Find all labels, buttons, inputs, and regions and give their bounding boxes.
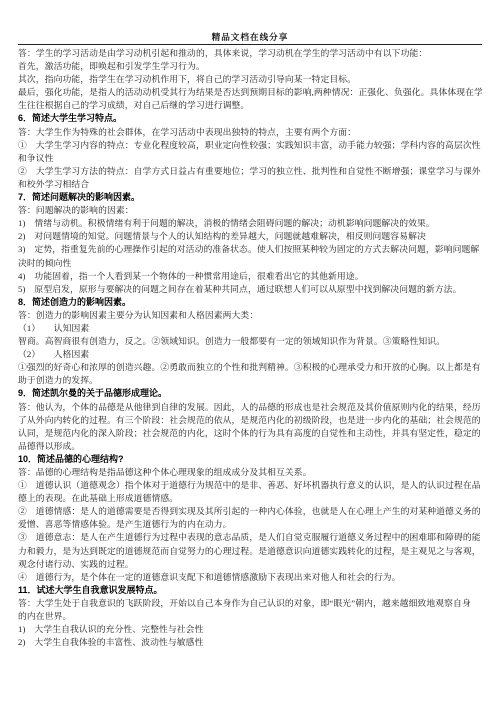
text-line: （2） 人格因素 <box>18 348 488 361</box>
document-page: 精品文档在线分享 答：学生的学习活动是由学习动机引起和推动的，具体来说，学习动机… <box>0 0 500 707</box>
text-line: 答：创造力的影响因素主要分为认知因素和人格因素两大类： <box>18 309 488 322</box>
text-line: 答：他认为，个体的品德是从他律到自律的发展。因此，人的品德的形成也是社会规范及其… <box>18 401 488 414</box>
text-line: 和争议性 <box>18 152 488 165</box>
text-line: 3) 定势，指重复先前的心理操作引起的对活动的准备状态。使人们按照某种较为固定的… <box>18 243 488 256</box>
text-line: 决时的倾向性 <box>18 257 488 270</box>
text-line: 助于创造力的发挥。 <box>18 374 488 387</box>
text-line: 2) 大学生自我体验的丰富性、波动性与敏感性 <box>18 636 488 649</box>
text-line: 1) 情绪与动机。积极情绪有利于问题的解决，消极的情绪会阻碍问题的解决；动机影响… <box>18 217 488 230</box>
text-line: 德上的表现。在此基础上形成道德情感。 <box>18 492 488 505</box>
text-line: 答：大学生处于自我意识的飞跃阶段，开始以自己本身作为自己认识的对象，即“眼光”朝… <box>18 597 488 610</box>
text-line: 答：问题解决的影响的因素： <box>18 204 488 217</box>
text-line: 和校外学习相结合 <box>18 178 488 191</box>
text-line: 答：大学生作为特殊的社会群体，在学习活动中表现出独特的特点，主要有两个方面： <box>18 126 488 139</box>
text-line: 2) 对问题情境的知觉。问题情景与个人的认知结构的差异越大，问题就越难解决，相反… <box>18 230 488 243</box>
text-line: ② 大学生学习方法的特点：自学方式日益占有重要地位；学习的独立性、批判性和自觉性… <box>18 165 488 178</box>
text-line: 了从外向内转化的过程。有三个阶段：社会规范的依从，是规范内化的初级阶段，也是进一… <box>18 414 488 427</box>
text-line: ① 道德认识（道德观念）指个体对于道德行为规范中的是非、善恶、好坏机器执行意义的… <box>18 479 488 492</box>
text-line: ② 道德情感：是人的道德需要是否得到实现及其所引起的一种内心体验，也就是人在心理… <box>18 505 488 518</box>
text-line: 智商。高智商很有创造力，反之。②领域知识。创造力一般都要有一定的领域知识作为背景… <box>18 335 488 348</box>
text-line: 其次，指向功能，指学生在学习动机作用下，将自己的学习活动引导向某一特定目标。 <box>18 73 488 86</box>
text-line: 的内在世界。 <box>18 610 488 623</box>
text-line: 答：学生的学习活动是由学习动机引起和推动的，具体来说，学习动机在学生的学习活动中… <box>18 47 488 60</box>
text-line: （1） 认知因素 <box>18 322 488 335</box>
text-line: 1) 大学生自我认识的充分性、完整性与社会性 <box>18 623 488 636</box>
question-heading: 10．简述品德的心理结构? <box>18 453 488 466</box>
question-heading: 7．简述问题解决的影响因素。 <box>18 191 488 204</box>
text-line: 力和毅力，是为达到既定的道德规范而自觉努力的心理过程。是道德意识向道德实践转化的… <box>18 545 488 558</box>
text-line: 生往往根据自己的学习成绩，对自己后继的学习进行调整。 <box>18 99 488 112</box>
question-heading: 9．简述凯尔曼的关于品德形成理论。 <box>18 387 488 400</box>
text-line: 4) 功能固着，指一个人看到某一个物体的一种惯常用途后，很难看出它的其他新用途。 <box>18 270 488 283</box>
header-divider <box>18 44 482 45</box>
text-line: 认同，是规范内化的深入阶段；社会规范的内化，这时个体的行为具有高度的自觉性和主动… <box>18 427 488 440</box>
question-heading: 6．简述大学生学习特点。 <box>18 112 488 125</box>
document-body: 答：学生的学习活动是由学习动机引起和推动的，具体来说，学习动机在学生的学习活动中… <box>18 47 488 649</box>
text-line: 5) 原型启发，原形与要解决的问题之间存在着某种共同点，通过联想人们可以从原型中… <box>18 283 488 296</box>
text-line: 品德得以形成。 <box>18 440 488 453</box>
text-line: 观念付诸行动、实践的过程。 <box>18 558 488 571</box>
text-line: ③ 道德意志：是人在产生道德行为过程中表现的意志品质，是人们自觉克服履行道德义务… <box>18 531 488 544</box>
text-line: 最后，强化功能，是指人的活动动机受其行为结果是否达到预期目标的影响,两种情况：正… <box>18 86 488 99</box>
text-line: 答：品德的心理结构是指品德这种个体心理现象的组成成分及其相互关系。 <box>18 466 488 479</box>
text-line: 爱憎、喜恶等情感体验。是产生道德行为的内在动力。 <box>18 518 488 531</box>
text-line: ①强烈的好奇心和浓厚的创造兴趣。②勇敢而独立的个性和批判精神。③积极的心理承受力… <box>18 361 488 374</box>
page-header-title: 精品文档在线分享 <box>0 31 500 43</box>
question-heading: 8．简述创造力的影响因素。 <box>18 296 488 309</box>
question-heading: 11．试述大学生自我意识发展特点。 <box>18 584 488 597</box>
text-line: ① 大学生学习内容的特点：专业化程度较高，职业定向性较强；实践知识丰富，动手能力… <box>18 139 488 152</box>
text-line: 首先，激活功能，即唤起和引发学生学习行为。 <box>18 60 488 73</box>
text-line: ④ 道德行为，是个体在一定的道德意识支配下和道德情感激励下表现出来对他人和社会的… <box>18 571 488 584</box>
